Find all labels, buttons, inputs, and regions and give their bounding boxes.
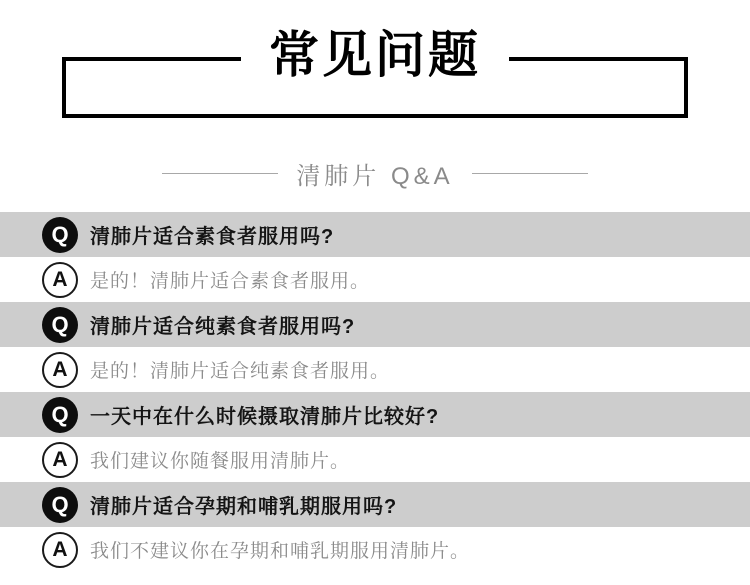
subtitle-right-divider [472,173,588,174]
answer-text: 是的！清肺片适合素食者服用。 [90,266,370,293]
faq-answer-row: A 是的！清肺片适合纯素食者服用。 [0,347,750,392]
question-text: 清肺片适合纯素食者服用吗? [90,310,355,339]
q-badge-icon: Q [42,307,78,343]
a-badge-icon: A [42,442,78,478]
subtitle-text: 清肺片 Q&A [296,156,453,191]
faq-answer-row: A 我们建议你随餐服用清肺片。 [0,437,750,482]
faq-list: Q 清肺片适合素食者服用吗? A 是的！清肺片适合素食者服用。 Q 清肺片适合纯… [0,212,750,572]
question-text: 清肺片适合孕期和哺乳期服用吗? [90,490,397,519]
faq-answer-row: A 我们不建议你在孕期和哺乳期服用清肺片。 [0,527,750,572]
faq-question-row: Q 清肺片适合纯素食者服用吗? [0,302,750,347]
faq-question-row: Q 清肺片适合素食者服用吗? [0,212,750,257]
answer-text: 是的！清肺片适合纯素食者服用。 [90,356,390,383]
question-text: 清肺片适合素食者服用吗? [90,220,334,249]
a-badge-icon: A [42,352,78,388]
answer-text: 我们不建议你在孕期和哺乳期服用清肺片。 [90,536,470,563]
a-badge-icon: A [42,262,78,298]
answer-text: 我们建议你随餐服用清肺片。 [90,446,350,473]
page-title: 常见问题 [241,24,509,86]
question-text: 一天中在什么时候摄取清肺片比较好? [90,400,439,429]
a-badge-icon: A [42,532,78,568]
subtitle: 清肺片 Q&A [0,156,750,191]
faq-question-row: Q 清肺片适合孕期和哺乳期服用吗? [0,482,750,527]
q-badge-icon: Q [42,217,78,253]
q-badge-icon: Q [42,487,78,523]
faq-answer-row: A 是的！清肺片适合素食者服用。 [0,257,750,302]
faq-question-row: Q 一天中在什么时候摄取清肺片比较好? [0,392,750,437]
subtitle-left-divider [162,173,278,174]
q-badge-icon: Q [42,397,78,433]
